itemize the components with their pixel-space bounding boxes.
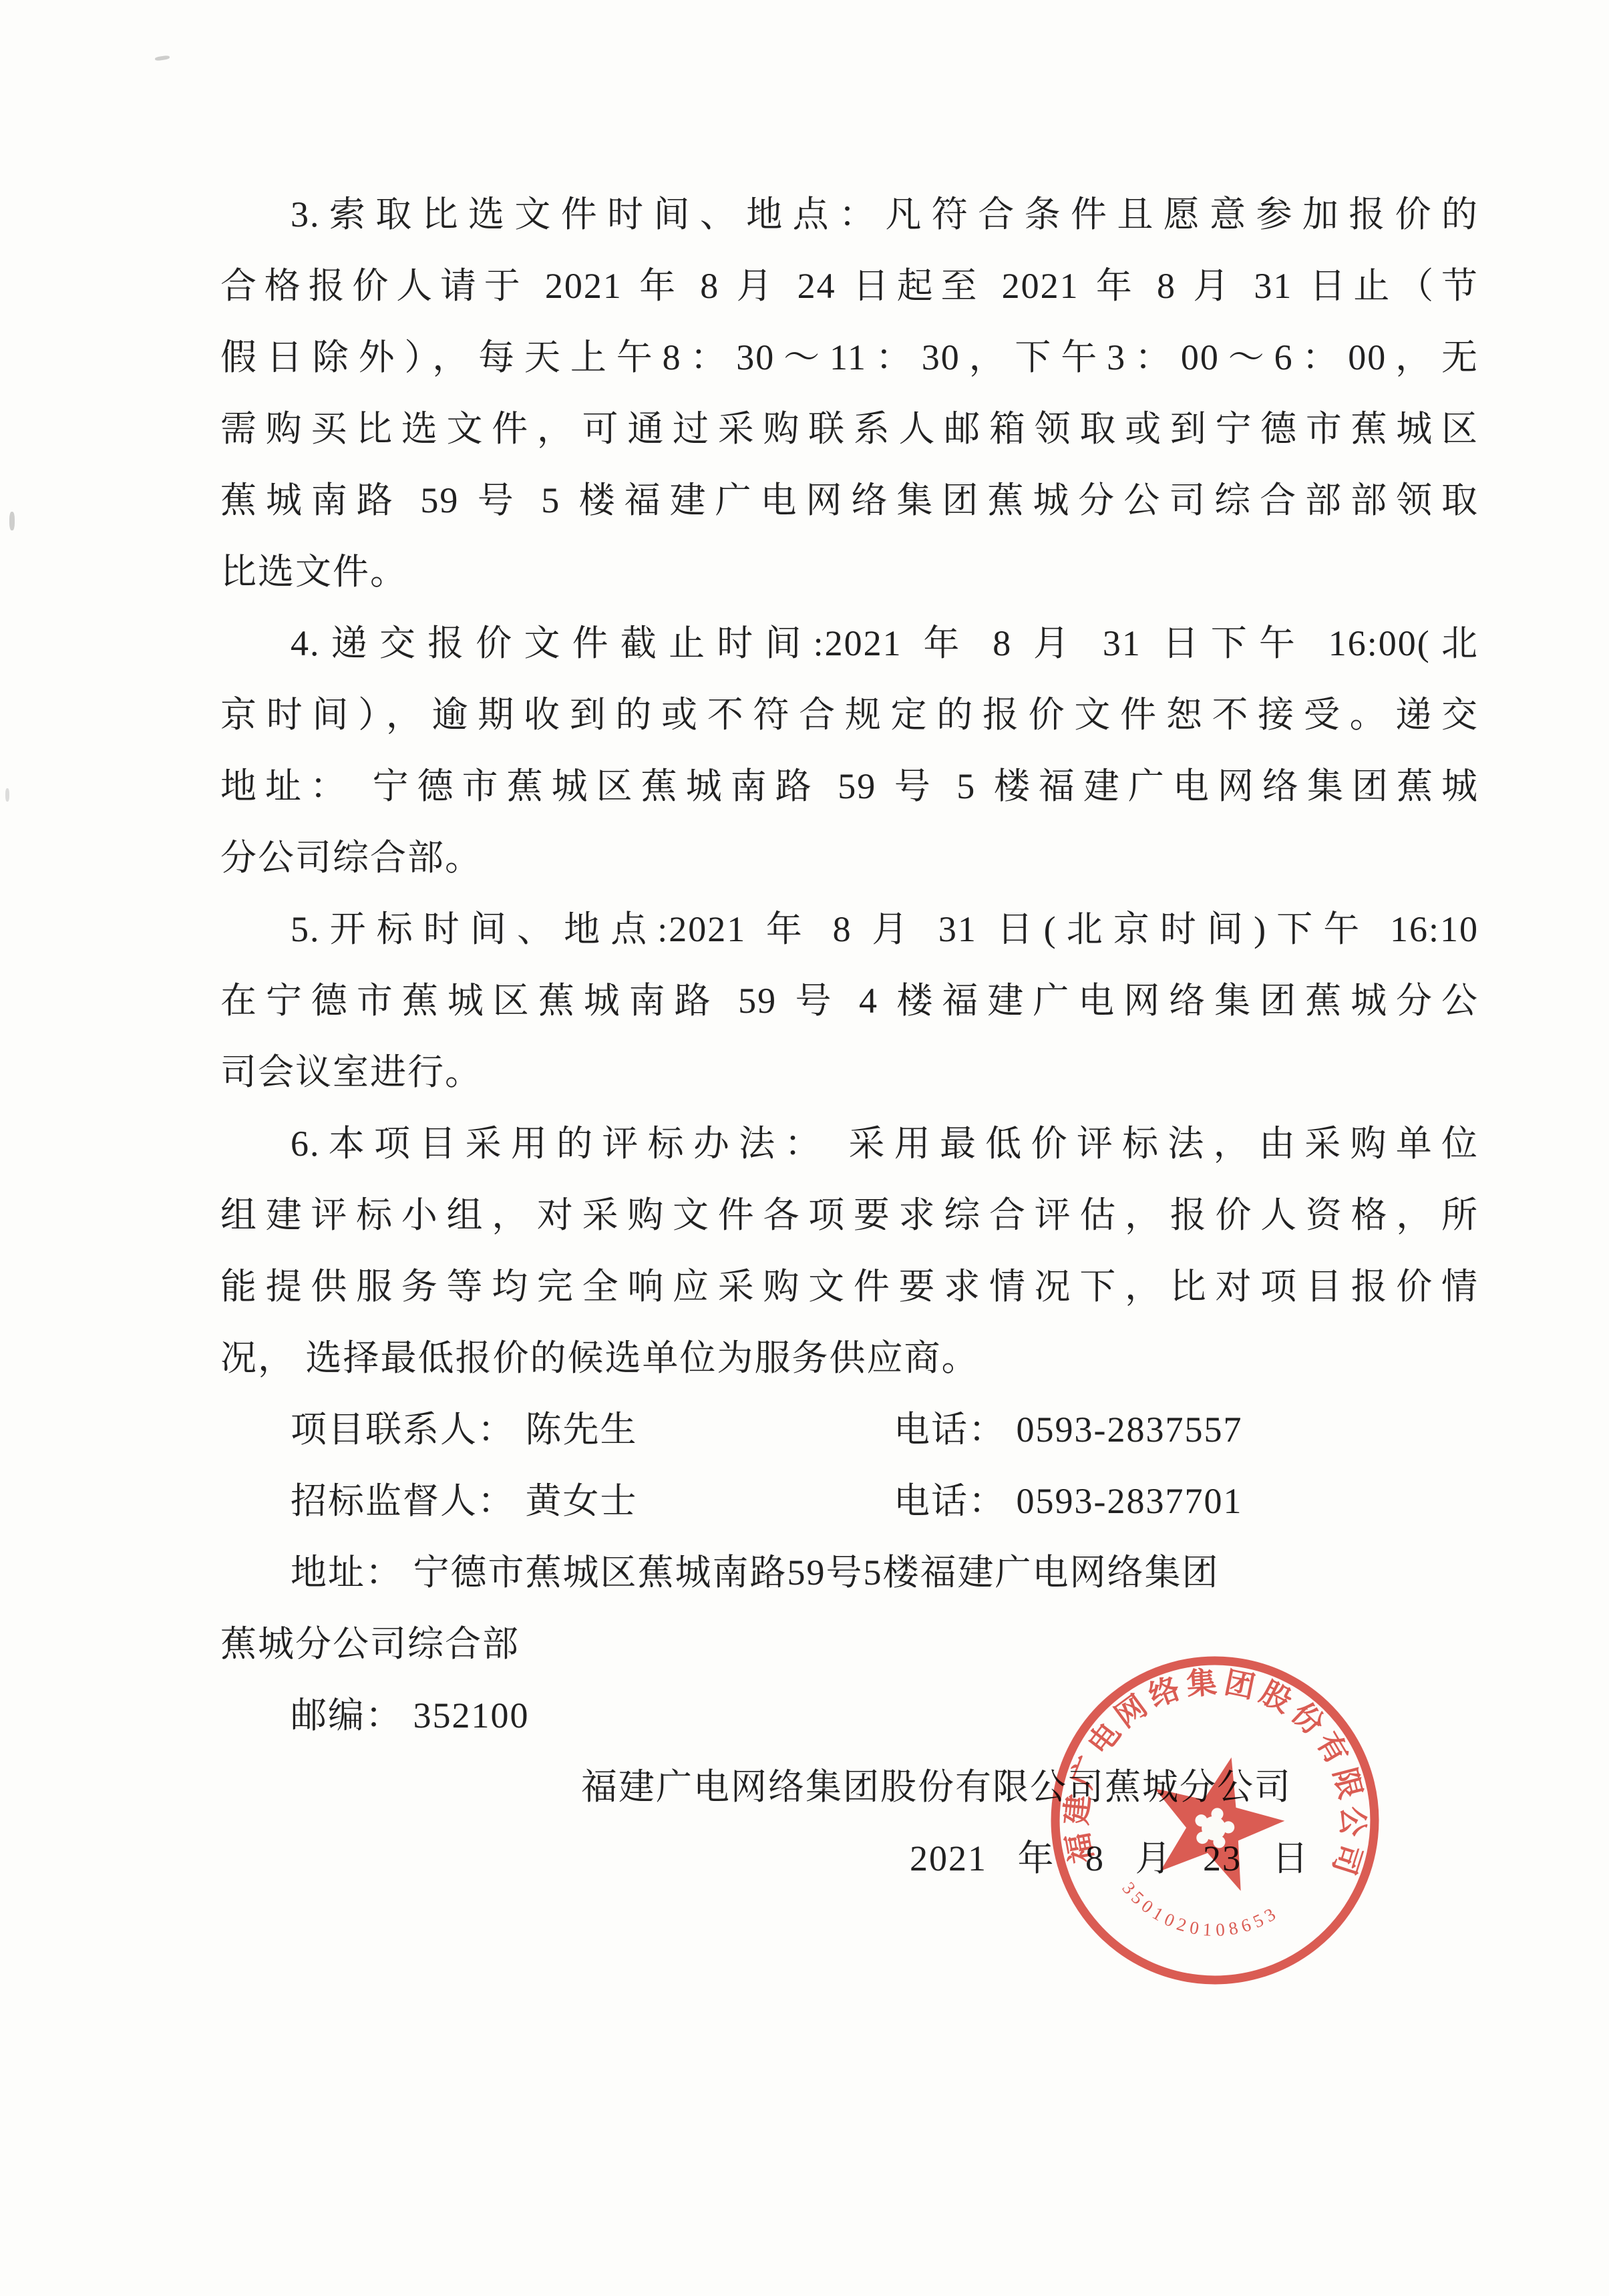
paragraph-line: 在宁德市蕉城区蕉城南路 59 号 4 楼福建广电网络集团蕉城分公 xyxy=(220,965,1479,1037)
paragraph-line: 6.本项目采用的评标办法： 采用最低价评标法，由采购单位 xyxy=(220,1108,1479,1180)
svg-text:3501020108653: 3501020108653 xyxy=(1114,1876,1286,1947)
paragraph-line: 分公司综合部。 xyxy=(220,822,1479,894)
official-seal: 福建广电网络集团股份有限公司蕉城分公司 3501020108653 xyxy=(1047,1653,1383,1988)
scan-artifact xyxy=(5,788,9,802)
paragraph-6: 6.本项目采用的评标办法： 采用最低价评标法，由采购单位 组建评标小组，对采购文… xyxy=(220,1108,1479,1394)
paragraph-line: 假日除外），每天上午8：30～11：30，下午3：00～6：00，无 xyxy=(220,322,1479,393)
address-line: 地址： 宁德市蕉城区蕉城南路59号5楼福建广电网络集团 xyxy=(220,1537,1479,1609)
paragraph-line: 合格报价人请于 2021 年 8 月 24 日起至 2021 年 8 月 31 … xyxy=(220,251,1479,322)
star-icon xyxy=(1135,1741,1296,1897)
scan-artifact xyxy=(155,55,170,61)
contact-row-project: 项目联系人： 陈先生 电话： 0593-2837557 xyxy=(220,1394,1479,1466)
project-contact-phone: 电话： 0593-2837557 xyxy=(894,1394,1242,1466)
project-contact-label: 项目联系人： 陈先生 xyxy=(291,1410,638,1450)
paragraph-line: 组建评标小组，对采购文件各项要求综合评估，报价人资格，所 xyxy=(220,1180,1479,1251)
paragraph-line: 需购买比选文件，可通过采购联系人邮箱领取或到宁德市蕉城区 xyxy=(220,393,1479,465)
supervisor-contact-phone: 电话： 0593-2837701 xyxy=(894,1466,1242,1537)
paragraph-line: 能提供服务等均完全响应采购文件要求情况下，比对项目报价情 xyxy=(220,1251,1479,1323)
paragraph-line: 司会议室进行。 xyxy=(220,1037,1479,1108)
paragraph-line: 4.递交报价文件截止时间:2021 年 8 月 31 日下午 16:00(北 xyxy=(220,608,1479,679)
paragraph-line: 京时间），逾期收到的或不符合规定的报价文件恕不接受。递交 xyxy=(220,679,1479,751)
paragraph-line: 蕉城南路 59 号 5 楼福建广电网络集团蕉城分公司综合部部领取 xyxy=(220,465,1479,536)
seal-serial-number: 3501020108653 xyxy=(1114,1876,1286,1947)
paragraph-3: 3.索取比选文件时间、地点：凡符合条件且愿意参加报价的 合格报价人请于 2021… xyxy=(220,179,1479,608)
scan-artifact xyxy=(9,512,15,530)
contact-row-supervisor: 招标监督人： 黄女士 电话： 0593-2837701 xyxy=(220,1466,1479,1537)
paragraph-line: 况， 选择最低报价的候选单位为服务供应商。 xyxy=(220,1323,1479,1394)
paragraph-line: 比选文件。 xyxy=(220,536,1479,608)
supervisor-contact-label: 招标监督人： 黄女士 xyxy=(291,1481,638,1521)
paragraph-line: 地址： 宁德市蕉城区蕉城南路 59 号 5 楼福建广电网络集团蕉城 xyxy=(220,751,1479,822)
paragraph-line: 5.开标时间、地点:2021 年 8 月 31 日(北京时间)下午 16:10 xyxy=(220,894,1479,965)
paragraph-5: 5.开标时间、地点:2021 年 8 月 31 日(北京时间)下午 16:10 … xyxy=(220,894,1479,1108)
scanned-document-page: 3.索取比选文件时间、地点：凡符合条件且愿意参加报价的 合格报价人请于 2021… xyxy=(0,0,1609,2296)
document-body: 3.索取比选文件时间、地点：凡符合条件且愿意参加报价的 合格报价人请于 2021… xyxy=(220,179,1479,1895)
paragraph-4: 4.递交报价文件截止时间:2021 年 8 月 31 日下午 16:00(北 京… xyxy=(220,608,1479,894)
paragraph-line: 3.索取比选文件时间、地点：凡符合条件且愿意参加报价的 xyxy=(220,179,1479,251)
